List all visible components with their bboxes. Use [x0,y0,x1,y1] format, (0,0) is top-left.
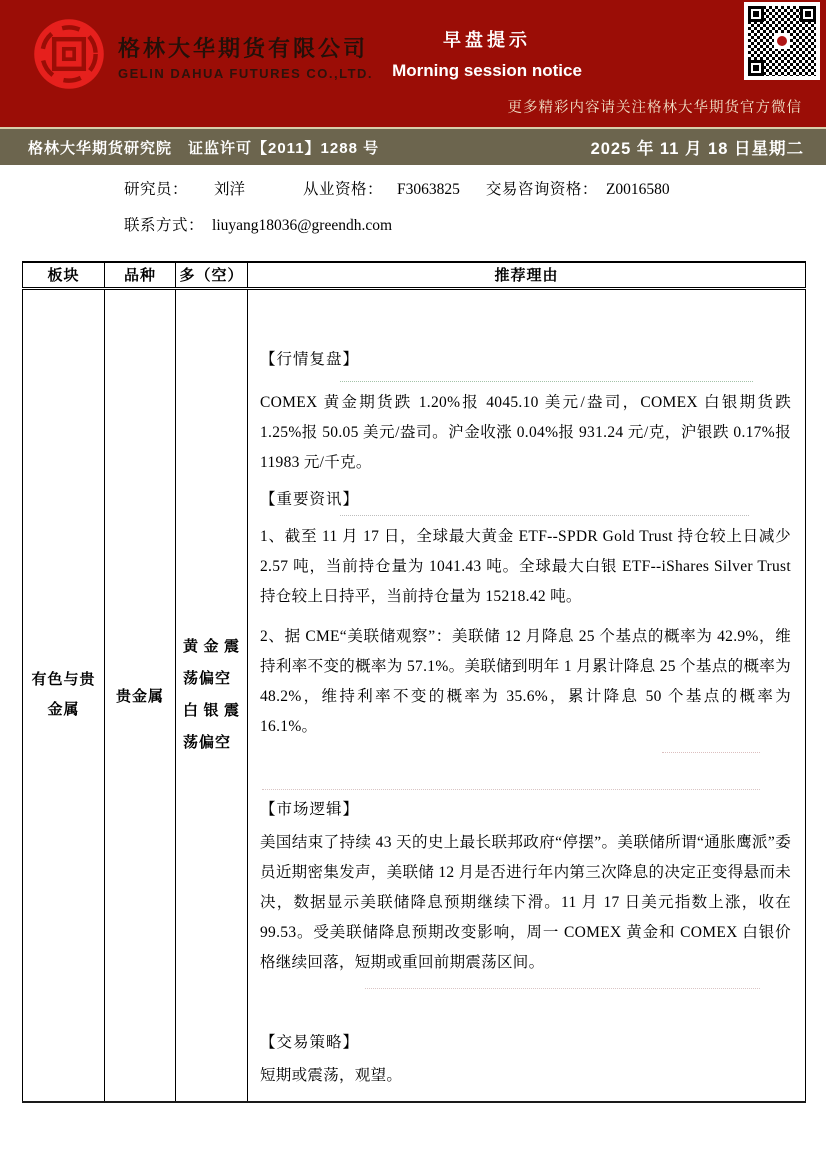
position-cell: 黄金震荡偏空 白银震荡偏空 [176,288,248,1102]
qr-center-logo-icon [774,33,790,49]
qr-finder-icon [800,6,816,22]
header-long-short: 多（空） [176,262,248,288]
position-gold: 黄金震荡偏空 [183,631,240,695]
position-silver: 白银震荡偏空 [183,695,240,759]
recommendation-table: 板块 品种 多（空） 推荐理由 有色与贵金属 贵金属 黄金震荡偏空 白银震荡偏空… [22,261,806,1103]
qualification-number: F3063825 [397,179,460,201]
header-reason: 推荐理由 [248,262,806,288]
market-review-paragraph: COMEX 黄金期货跌 1.20%报 4045.10 美元/盎司，COMEX 白… [260,388,791,478]
researcher-label: 研究员： [124,179,188,201]
researcher-info: 研究员： 刘洋 从业资格： F3063825 交易咨询资格： Z0016580 … [0,165,826,237]
brand-header: 格林大华期货有限公司 GELIN DAHUA FUTURES CO.,LTD. … [0,0,826,127]
qualification-label: 从业资格： [303,179,383,201]
morning-notice-page: 格林大华期货有限公司 GELIN DAHUA FUTURES CO.,LTD. … [0,0,826,1169]
company-name-cn: 格林大华期货有限公司 [118,32,373,63]
dotted-divider [340,381,753,382]
variety-cell: 贵金属 [105,288,176,1102]
infobar: 格林大华期货研究院 证监许可【2011】1288 号 2025 年 11 月 1… [0,127,826,165]
trading-strategy-paragraph: 短期或震荡，观望。 [260,1061,791,1091]
researcher-name: 刘洋 [214,179,245,201]
wechat-qr-code-icon [744,2,820,80]
wechat-follow-note: 更多精彩内容请关注格林大华期货官方微信 [508,96,803,117]
table-row: 有色与贵金属 贵金属 黄金震荡偏空 白银震荡偏空 【行情复盘】 COMEX 黄金… [23,288,806,1102]
dotted-divider [365,988,760,989]
company-logo-icon [30,17,108,91]
qr-finder-icon [748,60,764,76]
section-title-market-logic: 【市场逻辑】 [260,798,791,822]
company-name-block: 格林大华期货有限公司 GELIN DAHUA FUTURES CO.,LTD. [118,32,373,81]
section-title-key-news: 【重要资讯】 [260,488,791,512]
sector-cell: 有色与贵金属 [23,288,105,1102]
dotted-divider [340,515,749,516]
researcher-row-1: 研究员： 刘洋 从业资格： F3063825 交易咨询资格： Z0016580 [124,179,826,201]
section-title-market-review: 【行情复盘】 [260,348,791,372]
header-sector: 板块 [23,262,105,288]
table-header-row: 板块 品种 多（空） 推荐理由 [23,262,806,288]
company-name-en: GELIN DAHUA FUTURES CO.,LTD. [118,66,373,81]
dotted-divider [262,789,760,790]
reason-cell: 【行情复盘】 COMEX 黄金期货跌 1.20%报 4045.10 美元/盎司，… [248,288,806,1102]
report-date: 2025 年 11 月 18 日星期二 [591,135,804,159]
header-variety: 品种 [105,262,176,288]
researcher-row-2: 联系方式： liuyang18036@greendh.com [124,215,826,237]
dotted-divider [662,752,760,753]
section-title-trading-strategy: 【交易策略】 [260,1031,791,1055]
notice-title-en: Morning session notice [392,61,582,81]
institute-license: 格林大华期货研究院 证监许可【2011】1288 号 [28,137,379,158]
notice-title-block: 早盘提示 Morning session notice [392,26,582,81]
key-news-paragraph-2: 2、据 CME“美联储观察”：美联储 12 月降息 25 个基点的概率为 42.… [260,622,791,742]
advisory-number: Z0016580 [606,179,670,201]
advisory-label: 交易咨询资格： [486,179,598,201]
notice-title-cn: 早盘提示 [392,26,582,52]
qr-pattern [748,6,816,76]
contact-label: 联系方式： [124,215,204,237]
qr-finder-icon [748,6,764,22]
market-logic-paragraph: 美国结束了持续 43 天的史上最长联邦政府“停摆”。美联储所谓“通胀鹰派”委员近… [260,828,791,978]
contact-email: liuyang18036@greendh.com [212,215,392,237]
key-news-paragraph-1: 1、截至 11 月 17 日，全球最大黄金 ETF--SPDR Gold Tru… [260,522,791,612]
